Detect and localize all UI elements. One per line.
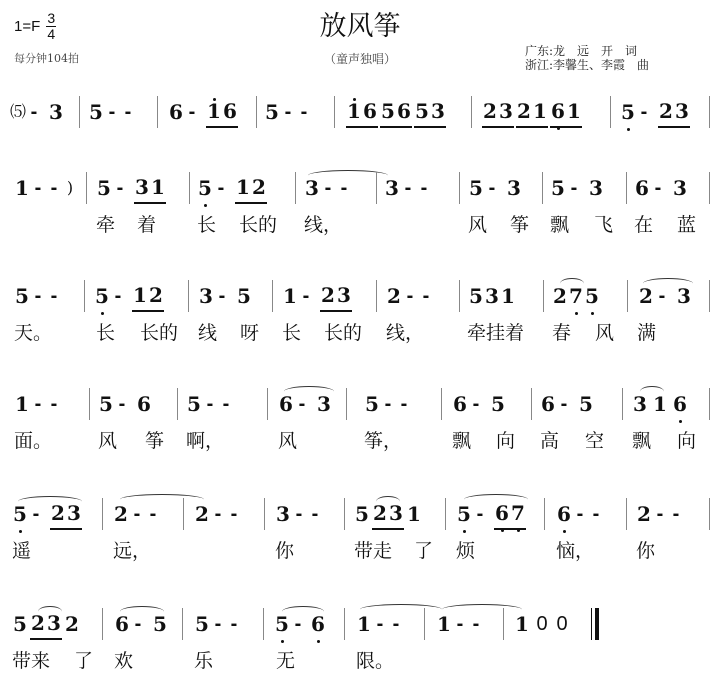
lyric: 带来 bbox=[12, 648, 50, 674]
note-low: 5 bbox=[197, 173, 213, 203]
lyric: 筝 bbox=[510, 212, 529, 238]
lyric: 长 bbox=[96, 320, 115, 346]
dash: - bbox=[307, 499, 323, 529]
barline bbox=[334, 96, 335, 128]
dash: - bbox=[202, 389, 218, 419]
lyric: 筝 bbox=[145, 428, 164, 454]
barline bbox=[531, 388, 532, 420]
note: 3 bbox=[46, 608, 62, 640]
note-low: 7 bbox=[568, 281, 584, 311]
note: 2 bbox=[638, 281, 654, 311]
barline bbox=[543, 280, 544, 312]
measure: 2 7 5 bbox=[552, 276, 600, 316]
note: 1 bbox=[436, 609, 452, 639]
dash: - bbox=[46, 173, 62, 203]
dash: - bbox=[652, 499, 668, 529]
measure: 5 - - bbox=[14, 276, 62, 316]
lyric: 飘 bbox=[452, 428, 471, 454]
barline bbox=[272, 280, 273, 312]
measure: 6 - 5 bbox=[114, 604, 168, 644]
barline bbox=[177, 388, 178, 420]
lyric: 春 bbox=[552, 320, 571, 346]
note: 5 bbox=[186, 389, 202, 419]
score-row-1: ⑸ - 3 5 - - 6 - 16 5 - - 16 56 53 2 bbox=[0, 92, 720, 172]
dash: - bbox=[30, 173, 46, 203]
note: 2 bbox=[113, 499, 129, 529]
note: 1 bbox=[14, 389, 30, 419]
note: 3 bbox=[484, 281, 500, 311]
barline bbox=[709, 96, 710, 128]
note-low: 7 bbox=[510, 498, 526, 530]
measure: 1 - - ) bbox=[14, 168, 78, 208]
dash: - bbox=[130, 609, 146, 639]
dash: - bbox=[556, 389, 572, 419]
barline bbox=[102, 608, 103, 640]
barline bbox=[544, 498, 545, 530]
note: 5 bbox=[468, 173, 484, 203]
notes-line: 1 - - ) 5 - 31 5 - 12 3 - - 3 - - bbox=[0, 168, 720, 208]
lyric: 蓝 bbox=[677, 212, 696, 238]
lyric: 了 bbox=[414, 538, 433, 564]
note: 5 bbox=[364, 389, 380, 419]
note: 3 bbox=[388, 498, 404, 530]
note: 1 bbox=[406, 499, 422, 529]
note: 1 bbox=[566, 96, 582, 128]
barline bbox=[344, 498, 345, 530]
measure: 3 - 5 bbox=[198, 276, 252, 316]
dash: - bbox=[294, 389, 310, 419]
note-low: 6 bbox=[556, 499, 572, 529]
note: 5 bbox=[264, 97, 280, 127]
measure: 5 - 23 bbox=[12, 494, 82, 534]
dash: - bbox=[654, 281, 670, 311]
lyric: 带走 bbox=[354, 538, 392, 564]
barline bbox=[610, 96, 611, 128]
note: 3 bbox=[674, 96, 690, 128]
measure: 2 - - bbox=[386, 276, 434, 316]
final-barline-thick bbox=[595, 608, 599, 640]
note: 2 bbox=[64, 609, 80, 639]
barline bbox=[471, 96, 472, 128]
measure: 3 - - bbox=[384, 168, 432, 208]
dash: - bbox=[226, 499, 242, 529]
barline bbox=[376, 172, 377, 204]
dash: - bbox=[650, 173, 666, 203]
lyric: 欢 bbox=[114, 648, 133, 674]
note: 5 bbox=[550, 173, 566, 203]
dash: - bbox=[290, 609, 306, 639]
note: 3 bbox=[275, 499, 291, 529]
note: 5 bbox=[354, 499, 370, 529]
lyric: 长的 bbox=[239, 212, 277, 238]
note: 3 bbox=[316, 389, 332, 419]
note: 2 bbox=[482, 96, 498, 128]
measure: 1 - 23 bbox=[282, 276, 352, 316]
note: 6 bbox=[362, 96, 378, 128]
final-barline-thin bbox=[591, 608, 592, 640]
paren-open: ⑸ bbox=[10, 97, 26, 127]
note: 1 bbox=[132, 280, 148, 312]
barline bbox=[503, 608, 504, 640]
dash: - bbox=[668, 499, 684, 529]
dash: - bbox=[26, 97, 42, 127]
dash: - bbox=[388, 609, 404, 639]
lyric: 向 bbox=[677, 428, 696, 454]
score-row-4: 1 - - 5 - 6 5 - - 6 - 3 5 - - bbox=[0, 384, 720, 464]
note: 6 bbox=[396, 96, 412, 128]
dash: - bbox=[468, 389, 484, 419]
note-high: 1 bbox=[346, 96, 362, 128]
dash: - bbox=[280, 97, 296, 127]
note: 2 bbox=[320, 280, 336, 312]
measure: 5 23 1 bbox=[354, 494, 422, 534]
measure: 5 - - bbox=[88, 92, 136, 132]
dash: - bbox=[298, 281, 314, 311]
measure: 3 - - bbox=[304, 168, 352, 208]
note: 1 bbox=[282, 281, 298, 311]
barline bbox=[89, 388, 90, 420]
lyric: 长的 bbox=[140, 320, 178, 346]
dash: - bbox=[46, 389, 62, 419]
dash: - bbox=[452, 609, 468, 639]
note-low: 5 bbox=[12, 499, 28, 529]
lyric: 风 bbox=[595, 320, 614, 346]
lyric: 着 bbox=[137, 212, 156, 238]
note: 2 bbox=[251, 172, 267, 204]
barline bbox=[622, 388, 623, 420]
note: 1 bbox=[652, 389, 668, 419]
note-low: 5 bbox=[456, 499, 472, 529]
measure: 16 56 53 bbox=[346, 92, 446, 132]
dash: - bbox=[129, 499, 145, 529]
barline bbox=[344, 608, 345, 640]
note: 6 bbox=[452, 389, 468, 419]
barline bbox=[709, 280, 710, 312]
note: 5 bbox=[380, 96, 396, 128]
note: 5 bbox=[414, 96, 430, 128]
note: 2 bbox=[30, 608, 46, 640]
lyric: 乐 bbox=[194, 648, 213, 674]
note: 5 bbox=[88, 97, 104, 127]
barline bbox=[376, 280, 377, 312]
barline bbox=[542, 172, 543, 204]
dash: - bbox=[46, 281, 62, 311]
dash: - bbox=[416, 173, 432, 203]
barline bbox=[256, 96, 257, 128]
note: 1 bbox=[532, 96, 548, 128]
note: 5 bbox=[152, 609, 168, 639]
note: 6 bbox=[114, 609, 130, 639]
dash: - bbox=[336, 173, 352, 203]
lyrics-line: 带来 了 欢 乐 无 限。 bbox=[0, 648, 720, 678]
note: 6 bbox=[168, 97, 184, 127]
barline bbox=[346, 388, 347, 420]
lyric: 面。 bbox=[14, 428, 52, 454]
barline bbox=[157, 96, 158, 128]
lyric: 无 bbox=[276, 648, 295, 674]
dash: - bbox=[296, 97, 312, 127]
score-row-5: 5 - 23 2 - - 2 - - 3 - - 5 23 1 bbox=[0, 494, 720, 574]
note: 5 bbox=[98, 389, 114, 419]
lyric: 向 bbox=[496, 428, 515, 454]
note: 1 bbox=[150, 172, 166, 204]
dash: - bbox=[120, 97, 136, 127]
dash: - bbox=[291, 499, 307, 529]
measure: 1 - - bbox=[436, 604, 484, 644]
notes-line: 5 23 2 6 - 5 5 - - 5 - 6 1 - - bbox=[0, 604, 720, 644]
measure: 3 - - bbox=[275, 494, 323, 534]
note: 2 bbox=[372, 498, 388, 530]
lyric: 烦 bbox=[456, 538, 475, 564]
dash: - bbox=[210, 609, 226, 639]
barline bbox=[295, 172, 296, 204]
note-low: 5 bbox=[584, 281, 600, 311]
lyric: 限。 bbox=[356, 648, 394, 674]
lyric: 呀 bbox=[240, 320, 259, 346]
barline bbox=[84, 280, 85, 312]
lyrics-line: 牵 着 长 长的 线， 风 筝 飘 飞 在 蓝 bbox=[0, 212, 720, 242]
notes-line: 1 - - 5 - 6 5 - - 6 - 3 5 - - bbox=[0, 384, 720, 424]
note: 2 bbox=[148, 280, 164, 312]
dash: - bbox=[30, 389, 46, 419]
note: 2 bbox=[194, 499, 210, 529]
credits: 广东:龙 远 开 词浙江:李馨生、李霞 曲 bbox=[525, 44, 649, 72]
note: 3 bbox=[304, 173, 320, 203]
note: 3 bbox=[672, 173, 688, 203]
measure: 5 - 3 bbox=[468, 168, 522, 208]
lyric: 风 bbox=[278, 428, 297, 454]
measure: 5 - 31 bbox=[96, 168, 166, 208]
lyricist: 广东:龙 远 开 词 bbox=[525, 44, 649, 58]
barline bbox=[183, 498, 184, 530]
note: 2 bbox=[636, 499, 652, 529]
measure: 6 - 5 bbox=[452, 384, 506, 424]
dash: - bbox=[472, 499, 488, 529]
note: 3 bbox=[506, 173, 522, 203]
lyric: 风 bbox=[468, 212, 487, 238]
dash: - bbox=[213, 173, 229, 203]
measure: 5 - 12 bbox=[94, 276, 164, 316]
dash: - bbox=[218, 389, 234, 419]
measure: 2 - - bbox=[113, 494, 161, 534]
notes-line: ⑸ - 3 5 - - 6 - 16 5 - - 16 56 53 2 bbox=[0, 92, 720, 132]
barline bbox=[424, 608, 425, 640]
barline bbox=[102, 498, 103, 530]
note-low: 6 bbox=[494, 498, 510, 530]
measure: 2 - - bbox=[194, 494, 242, 534]
barline bbox=[263, 608, 264, 640]
barline bbox=[188, 280, 189, 312]
dash: - bbox=[400, 173, 416, 203]
note: 1 bbox=[500, 281, 516, 311]
note: 6 bbox=[222, 96, 238, 128]
measure: 2 - - bbox=[636, 494, 684, 534]
lyrics-line: 天。 长 长的 线 呀 长 长的 线， 牵挂着 春 风 满 bbox=[0, 320, 720, 350]
measure: 5 - - bbox=[194, 604, 242, 644]
dash: - bbox=[402, 281, 418, 311]
lyric: 天。 bbox=[14, 320, 52, 346]
dash: - bbox=[484, 173, 500, 203]
note: 5 bbox=[12, 609, 28, 639]
note: 6 bbox=[136, 389, 152, 419]
note: 3 bbox=[498, 96, 514, 128]
note: 2 bbox=[50, 498, 66, 530]
note: 2 bbox=[552, 281, 568, 311]
barline bbox=[441, 388, 442, 420]
dash: - bbox=[145, 499, 161, 529]
composer: 浙江:李馨生、李霞 曲 bbox=[525, 58, 649, 72]
score-row-2: 1 - - ) 5 - 31 5 - 12 3 - - 3 - - bbox=[0, 168, 720, 248]
measure: ⑸ - 3 bbox=[10, 92, 64, 132]
measure: 5 - 6 bbox=[274, 604, 326, 644]
barline bbox=[709, 498, 710, 530]
measure: 1 - - bbox=[14, 384, 62, 424]
score-row-6: 5 23 2 6 - 5 5 - - 5 - 6 1 - - bbox=[0, 604, 720, 679]
measure: 5 - 12 bbox=[197, 168, 267, 208]
lyric: 线， bbox=[304, 212, 342, 238]
note: 3 bbox=[384, 173, 400, 203]
notes-line: 5 - 23 2 - - 2 - - 3 - - 5 23 1 bbox=[0, 494, 720, 534]
dash: - bbox=[588, 499, 604, 529]
score-row-3: 5 - - 5 - 12 3 - 5 1 - 23 2 - - 5 bbox=[0, 276, 720, 356]
dash: - bbox=[112, 173, 128, 203]
note: 5 bbox=[194, 609, 210, 639]
measure: 6 - 3 bbox=[634, 168, 688, 208]
lyrics-line: 面。 风 筝 啊， 风 筝， 飘 向 高 空 飘 向 bbox=[0, 428, 720, 458]
barline bbox=[709, 172, 710, 204]
note: 3 bbox=[134, 172, 150, 204]
dash: - bbox=[468, 609, 484, 639]
measure: 2 - 3 bbox=[638, 276, 692, 316]
measure: 6 - 16 bbox=[168, 92, 238, 132]
note-low: 5 bbox=[274, 609, 290, 639]
measure: 1 0 0 bbox=[514, 604, 570, 644]
notes-line: 5 - - 5 - 12 3 - 5 1 - 23 2 - - 5 bbox=[0, 276, 720, 316]
barline bbox=[445, 498, 446, 530]
lyric: 线， bbox=[386, 320, 424, 346]
dash: - bbox=[396, 389, 412, 419]
note: 3 bbox=[48, 97, 64, 127]
barline bbox=[79, 96, 80, 128]
dash: - bbox=[30, 281, 46, 311]
rest: 0 bbox=[554, 609, 570, 639]
dash: - bbox=[184, 97, 200, 127]
barline bbox=[627, 280, 628, 312]
lyric: 啊， bbox=[186, 428, 224, 454]
lyric: 了 bbox=[74, 648, 93, 674]
note: 5 bbox=[236, 281, 252, 311]
dash: - bbox=[28, 499, 44, 529]
dash: - bbox=[380, 389, 396, 419]
measure: 6 - 5 bbox=[540, 384, 594, 424]
dash: - bbox=[104, 97, 120, 127]
rest: 0 bbox=[534, 609, 550, 639]
lyric: 遥 bbox=[12, 538, 31, 564]
note: 2 bbox=[658, 96, 674, 128]
lyric: 满 bbox=[637, 320, 656, 346]
note: 2 bbox=[386, 281, 402, 311]
measure: 5 3 1 bbox=[468, 276, 516, 316]
note-low: 6 bbox=[310, 609, 326, 639]
barline bbox=[182, 608, 183, 640]
note: 3 bbox=[66, 498, 82, 530]
note: 3 bbox=[676, 281, 692, 311]
dash: - bbox=[636, 97, 652, 127]
note: 5 bbox=[490, 389, 506, 419]
lyric: 飞 bbox=[594, 212, 613, 238]
measure: 5 - - bbox=[364, 384, 412, 424]
measure: 23 21 61 bbox=[482, 92, 582, 132]
lyric: 在 bbox=[634, 212, 653, 238]
note: 3 bbox=[588, 173, 604, 203]
lyric: 空 bbox=[585, 428, 604, 454]
dash: - bbox=[566, 173, 582, 203]
note: 6 bbox=[634, 173, 650, 203]
measure: 3 1 6 bbox=[632, 384, 688, 424]
note: 3 bbox=[198, 281, 214, 311]
barline bbox=[626, 498, 627, 530]
note: 1 bbox=[235, 172, 251, 204]
lyric: 长 bbox=[282, 320, 301, 346]
note-low: 6 bbox=[672, 389, 688, 419]
note: 3 bbox=[632, 389, 648, 419]
dash: - bbox=[226, 609, 242, 639]
barline bbox=[267, 388, 268, 420]
lyric: 你 bbox=[636, 538, 655, 564]
lyric: 长 bbox=[197, 212, 216, 238]
lyrics-line: 遥 远， 你 带走 了 烦 恼， 你 bbox=[0, 538, 720, 568]
note: 5 bbox=[14, 281, 30, 311]
lyric: 线 bbox=[198, 320, 217, 346]
barline bbox=[709, 388, 710, 420]
measure: 5 - 23 bbox=[620, 92, 690, 132]
barline bbox=[626, 172, 627, 204]
lyric: 飘 bbox=[632, 428, 651, 454]
dash: - bbox=[372, 609, 388, 639]
lyric: 飘 bbox=[550, 212, 569, 238]
dash: - bbox=[418, 281, 434, 311]
measure: 1 - - bbox=[356, 604, 404, 644]
paren-close: ) bbox=[62, 173, 78, 203]
lyric: 你 bbox=[275, 538, 294, 564]
lyric: 远， bbox=[113, 538, 151, 564]
note-low: 5 bbox=[620, 97, 636, 127]
barline bbox=[264, 498, 265, 530]
barline bbox=[459, 172, 460, 204]
note-low: 6 bbox=[550, 96, 566, 128]
lyric: 风 bbox=[98, 428, 117, 454]
lyric: 恼， bbox=[556, 538, 594, 564]
lyric: 筝， bbox=[364, 428, 402, 454]
note: 5 bbox=[96, 173, 112, 203]
dash: - bbox=[114, 389, 130, 419]
measure: 5 - 67 bbox=[456, 494, 526, 534]
dash: - bbox=[110, 281, 126, 311]
dash: - bbox=[210, 499, 226, 529]
dash: - bbox=[320, 173, 336, 203]
measure: 6 - 3 bbox=[278, 384, 332, 424]
measure: 5 - - bbox=[264, 92, 312, 132]
song-title: 放风筝 bbox=[0, 4, 720, 43]
measure: 5 23 2 bbox=[12, 604, 80, 644]
measure: 5 - 3 bbox=[550, 168, 604, 208]
dash: - bbox=[572, 499, 588, 529]
barline bbox=[459, 280, 460, 312]
barline bbox=[189, 172, 190, 204]
lyric: 高 bbox=[540, 428, 559, 454]
lyric: 牵 bbox=[96, 212, 115, 238]
note: 5 bbox=[578, 389, 594, 419]
